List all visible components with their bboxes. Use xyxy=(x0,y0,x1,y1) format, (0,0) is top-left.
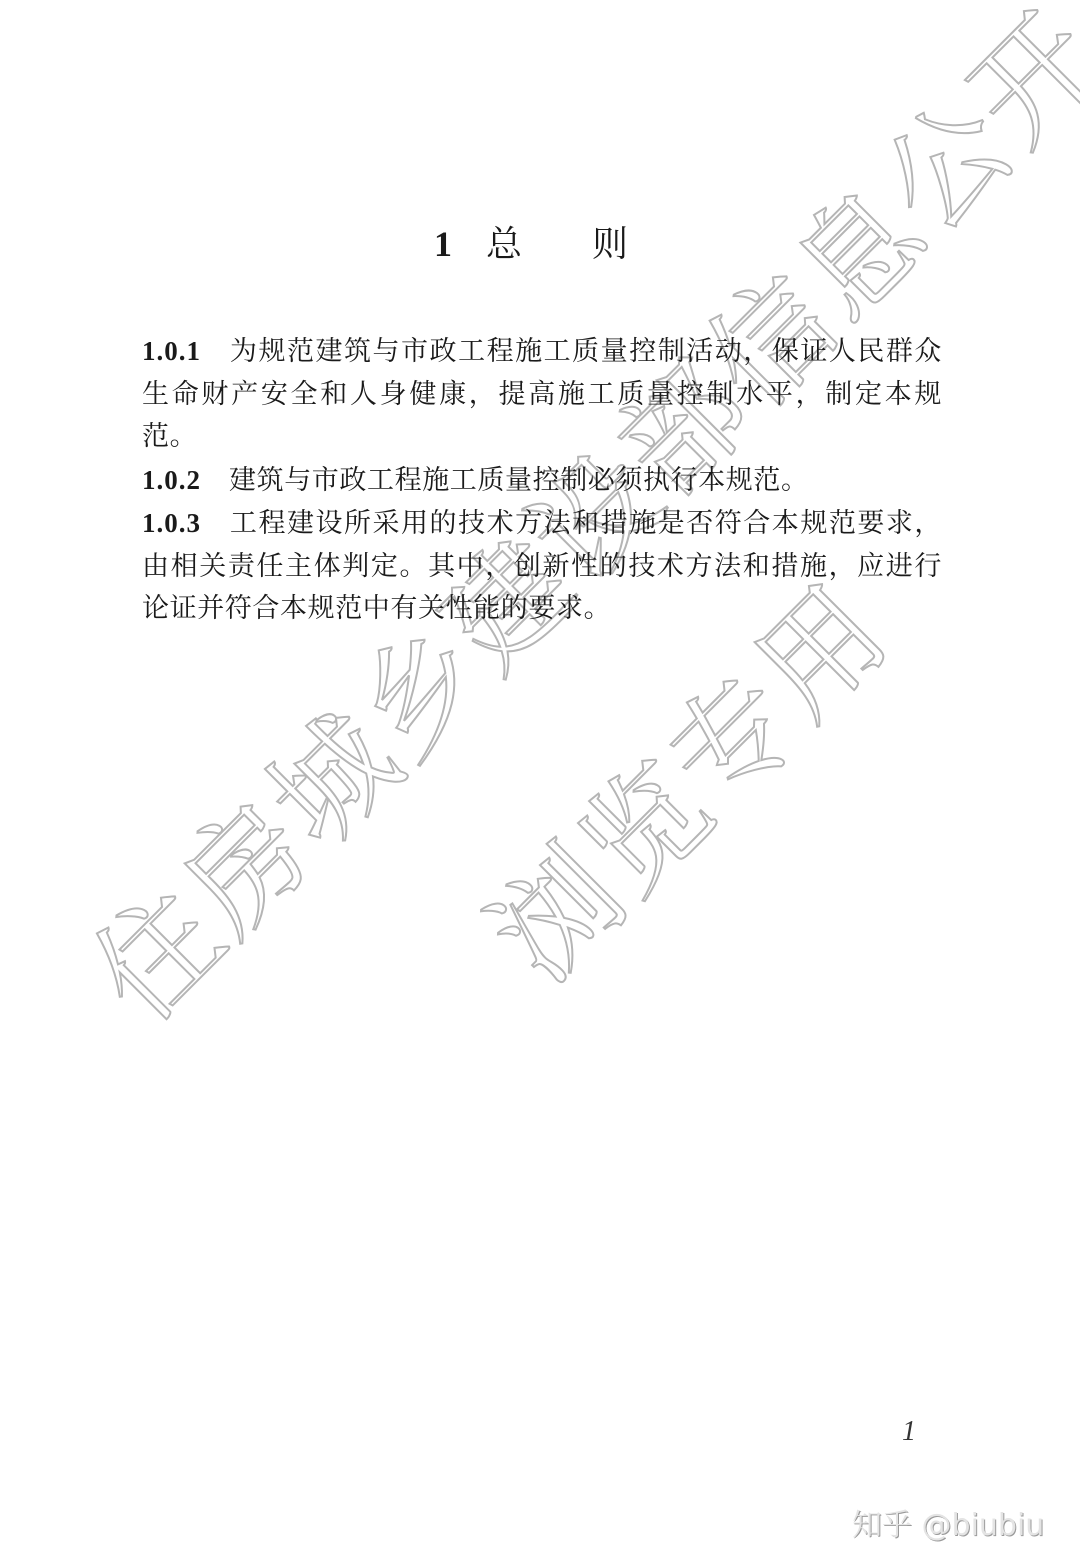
clause-number: 1.0.1 xyxy=(142,336,201,366)
chapter-title: 1总则 xyxy=(0,218,1080,271)
document-page: 住房城乡建设部信息公开 浏览专用 1总则 1.0.1为规范建筑与市政工程施工质量… xyxy=(0,0,1080,1563)
clause-text: 为规范建筑与市政工程施工质量控制活动，保证人民群众生命财产安全和人身健康，提高施… xyxy=(142,336,942,452)
clause-number: 1.0.3 xyxy=(142,508,201,538)
chapter-title-char-1: 总 xyxy=(486,219,522,271)
page-number: 1 xyxy=(902,1416,916,1448)
clause-1-0-2: 1.0.2建筑与市政工程施工质量控制必须执行本规范。 xyxy=(142,459,942,503)
chapter-title-char-2: 则 xyxy=(592,219,628,271)
clause-1-0-3: 1.0.3工程建设所采用的技术方法和措施是否符合本规范要求，由相关责任主体判定。… xyxy=(142,502,942,631)
clause-text: 建筑与市政工程施工质量控制必须执行本规范。 xyxy=(229,465,809,496)
source-credit-watermark: 知乎 @biubiu xyxy=(852,1500,1044,1544)
clause-number: 1.0.2 xyxy=(142,465,201,495)
clause-text: 工程建设所采用的技术方法和措施是否符合本规范要求，由相关责任主体判定。其中，创新… xyxy=(142,508,942,624)
chapter-number: 1 xyxy=(434,218,452,270)
chapter-body: 1.0.1为规范建筑与市政工程施工质量控制活动，保证人民群众生命财产安全和人身健… xyxy=(142,330,942,631)
clause-1-0-1: 1.0.1为规范建筑与市政工程施工质量控制活动，保证人民群众生命财产安全和人身健… xyxy=(142,330,942,459)
